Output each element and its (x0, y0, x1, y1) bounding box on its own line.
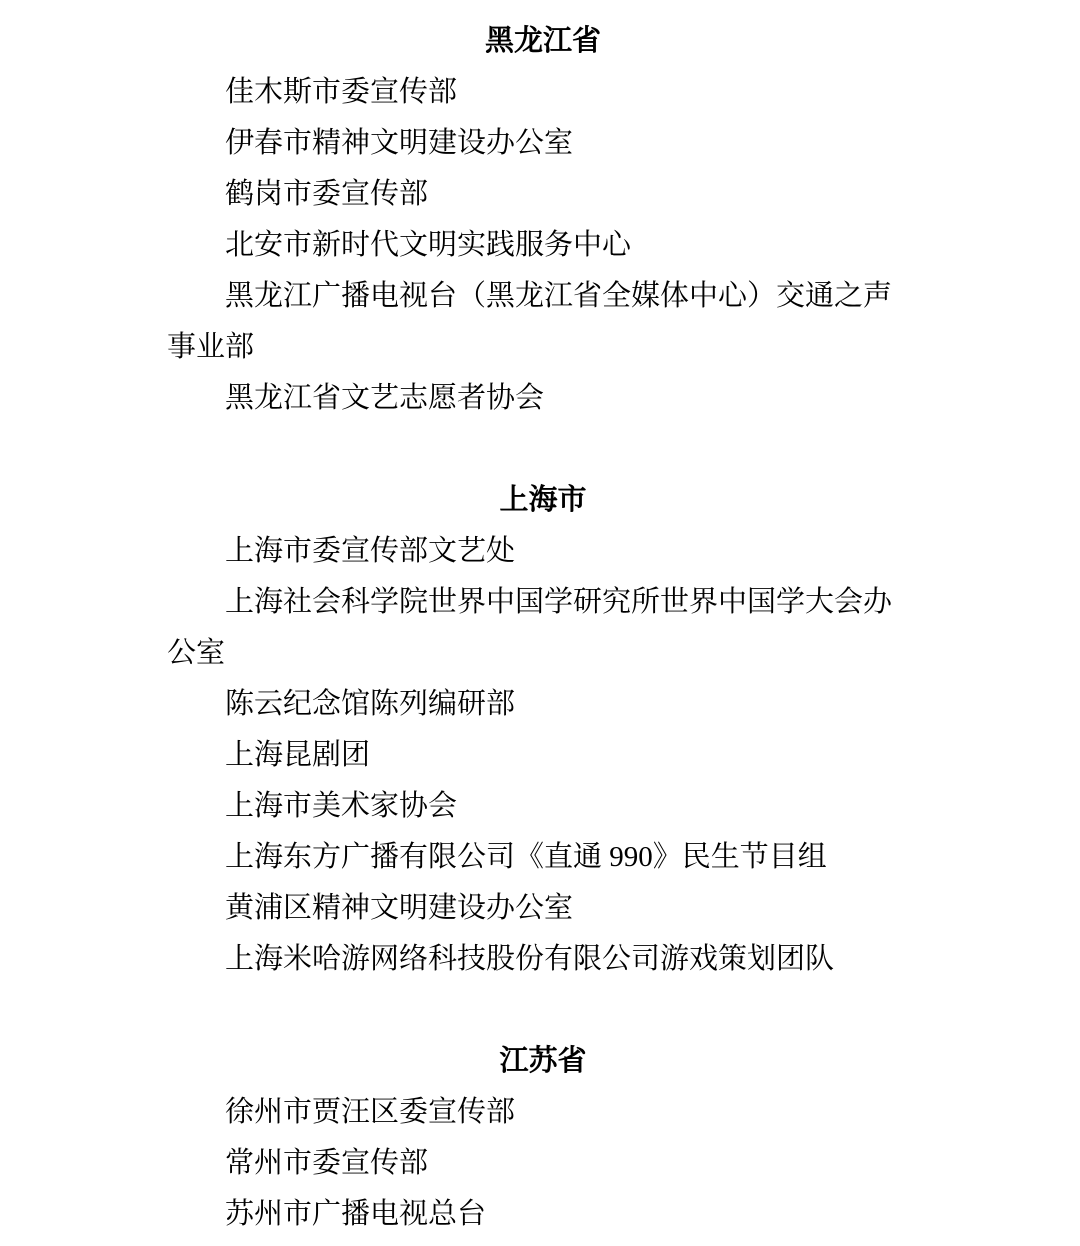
organization-item: 黑龙江广播电视台（黑龙江省全媒体中心）交通之声事业部 (167, 271, 919, 373)
organization-item: 上海昆剧团 (167, 730, 919, 781)
province-heading: 江苏省 (167, 1036, 919, 1087)
province-heading: 上海市 (167, 475, 919, 526)
organization-item: 上海市美术家协会 (167, 781, 919, 832)
province-section: 上海市 上海市委宣传部文艺处 上海社会科学院世界中国学研究所世界中国学大会办公室… (167, 475, 919, 985)
organization-item: 佳木斯市委宣传部 (167, 67, 919, 118)
organization-item: 黑龙江省文艺志愿者协会 (167, 373, 919, 424)
province-section: 江苏省 徐州市贾汪区委宣传部 常州市委宣传部 苏州市广播电视总台 (167, 1036, 919, 1240)
province-section: 黑龙江省 佳木斯市委宣传部 伊春市精神文明建设办公室 鹤岗市委宣传部 北安市新时… (167, 16, 919, 424)
organization-item: 苏州市广播电视总台 (167, 1189, 919, 1240)
organization-item: 上海市委宣传部文艺处 (167, 526, 919, 577)
organization-item: 上海米哈游网络科技股份有限公司游戏策划团队 (167, 934, 919, 985)
organization-item: 徐州市贾汪区委宣传部 (167, 1087, 919, 1138)
organization-item: 北安市新时代文明实践服务中心 (167, 220, 919, 271)
document-page: 黑龙江省 佳木斯市委宣传部 伊春市精神文明建设办公室 鹤岗市委宣传部 北安市新时… (0, 0, 1080, 1246)
province-heading: 黑龙江省 (167, 16, 919, 67)
organization-item: 黄浦区精神文明建设办公室 (167, 883, 919, 934)
document-content: 黑龙江省 佳木斯市委宣传部 伊春市精神文明建设办公室 鹤岗市委宣传部 北安市新时… (167, 0, 919, 1240)
organization-item: 伊春市精神文明建设办公室 (167, 118, 919, 169)
organization-item: 上海东方广播有限公司《直通 990》民生节目组 (167, 832, 919, 883)
organization-item: 常州市委宣传部 (167, 1138, 919, 1189)
organization-item: 鹤岗市委宣传部 (167, 169, 919, 220)
organization-item: 陈云纪念馆陈列编研部 (167, 679, 919, 730)
organization-item: 上海社会科学院世界中国学研究所世界中国学大会办公室 (167, 577, 919, 679)
